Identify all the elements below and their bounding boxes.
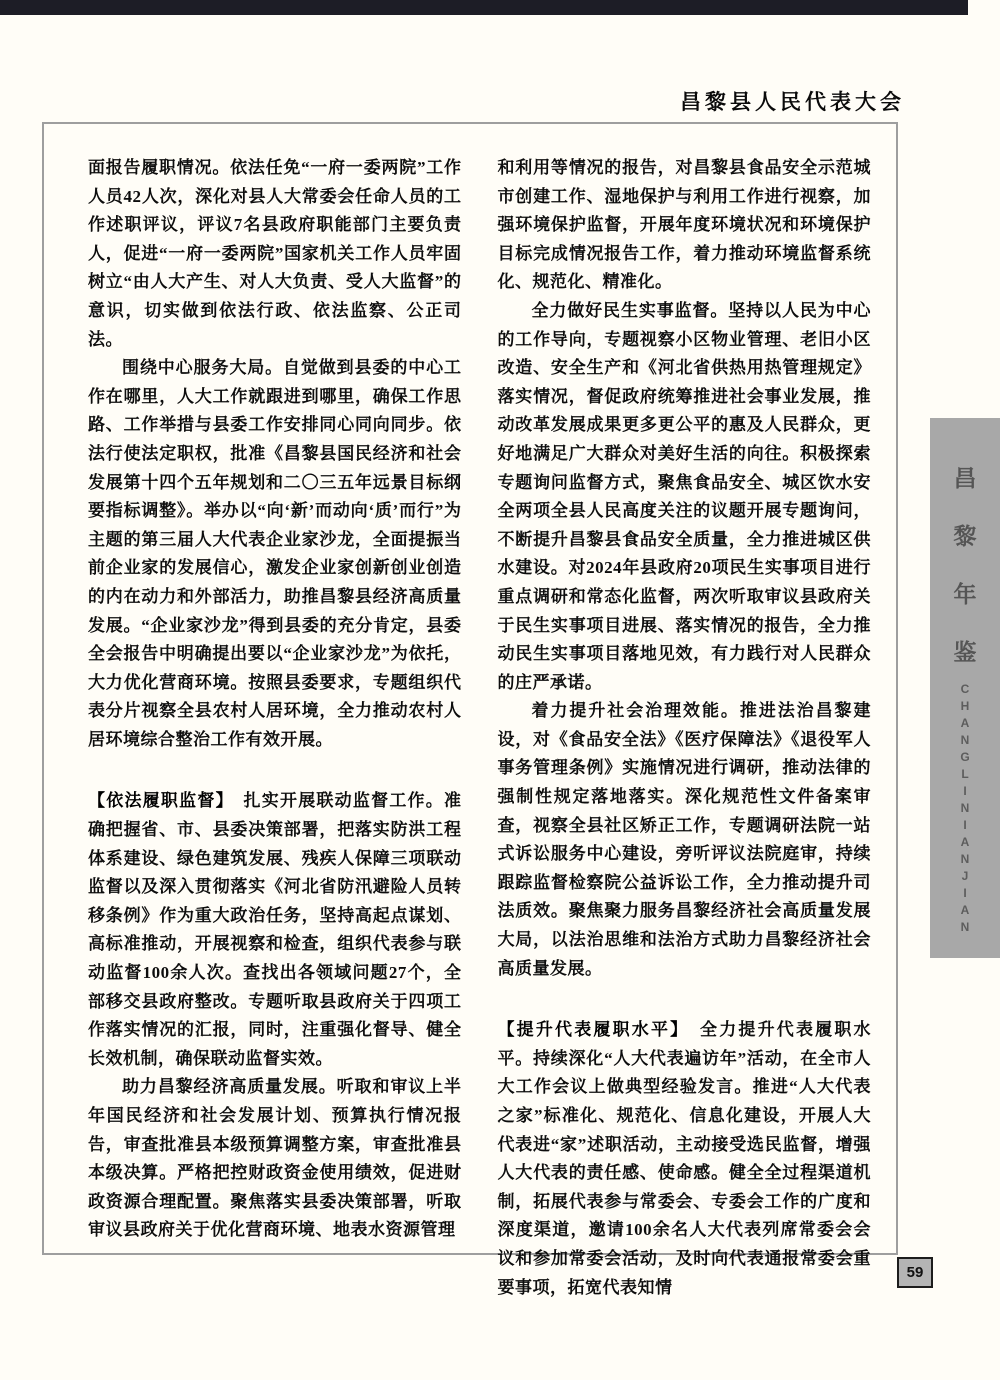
sidebar-char: I	[963, 819, 966, 831]
article-frame: 面报告履职情况。依法任免“一府一委两院”工作人员42人次，深化对县人大常委会任命…	[42, 122, 898, 1255]
page-number: 59	[907, 1264, 924, 1281]
sidebar-char: I	[963, 887, 966, 899]
sidebar-char: 黎	[954, 518, 977, 551]
sidebar-char: A	[961, 836, 970, 848]
sidebar-char: 鉴	[954, 634, 977, 667]
sidebar-char: 年	[954, 576, 977, 609]
paragraph: 面报告履职情况。依法任免“一府一委两院”工作人员42人次，深化对县人大常委会任命…	[88, 154, 462, 354]
sidebar-char: N	[961, 853, 970, 865]
paragraph: 围绕中心服务大局。自觉做到县委的中心工作在哪里，人大工作就跟进到哪里，确保工作思…	[88, 354, 462, 754]
running-header-title: 昌黎县人民代表大会	[680, 86, 905, 116]
sidebar-char: I	[963, 785, 966, 797]
paragraph: 全力做好民生实事监督。坚持以人民为中心的工作导向，专题视察小区物业管理、老旧小区…	[498, 297, 872, 697]
entry-paragraph: 【提升代表履职水平】 全力提升代表履职水平。持续深化“人大代表遍访年”活动，在全…	[498, 1016, 872, 1302]
paragraph: 和利用等情况的报告，对昌黎县食品安全示范城市创建工作、湿地保护与利用工作进行视察…	[498, 154, 872, 297]
sidebar-char: H	[961, 700, 970, 712]
paragraph: 着力提升社会治理效能。推进法治昌黎建设，对《食品安全法》《医疗保障法》《退役军人…	[498, 697, 872, 983]
two-column-layout: 面报告履职情况。依法任免“一府一委两院”工作人员42人次，深化对县人大常委会任命…	[44, 124, 896, 1253]
sidebar-char: C	[961, 683, 970, 695]
sidebar-char: N	[961, 802, 970, 814]
sidebar-char: A	[961, 904, 970, 916]
sidebar-char: 昌	[954, 460, 977, 493]
scan-top-edge-bar	[0, 0, 968, 15]
sidebar-char: N	[961, 921, 970, 933]
edge-tab-romanization: CHANGLINIANJIAN	[960, 683, 969, 933]
entry-label: 【提升代表履职水平】	[498, 1020, 681, 1039]
edge-tab-title: 昌黎年鉴	[954, 460, 977, 667]
sidebar-char: G	[960, 751, 969, 763]
paragraph: 助力昌黎经济高质量发展。听取和审议上半年国民经济和社会发展计划、预算执行情况报告…	[88, 1073, 462, 1245]
right-column: 和利用等情况的报告，对昌黎县食品安全示范城市创建工作、湿地保护与利用工作进行视察…	[498, 154, 872, 1245]
sidebar-char: A	[961, 717, 970, 729]
entry-label: 【依法履职监督】	[88, 791, 225, 810]
page-number-badge: 59	[897, 1257, 933, 1288]
edge-index-tab: 昌黎年鉴 CHANGLINIANJIAN	[930, 418, 1000, 958]
yearbook-page: { "header": { "title": "昌黎县人民代表大会" }, "s…	[0, 0, 1000, 1380]
entry-paragraph: 【依法履职监督】 扎实开展联动监督工作。准确把握省、市、县委决策部署，把落实防洪…	[88, 787, 462, 1073]
sidebar-char: N	[961, 734, 970, 746]
sidebar-char: J	[962, 870, 969, 882]
sidebar-char: L	[961, 768, 968, 780]
left-column: 面报告履职情况。依法任免“一府一委两院”工作人员42人次，深化对县人大常委会任命…	[88, 154, 462, 1245]
